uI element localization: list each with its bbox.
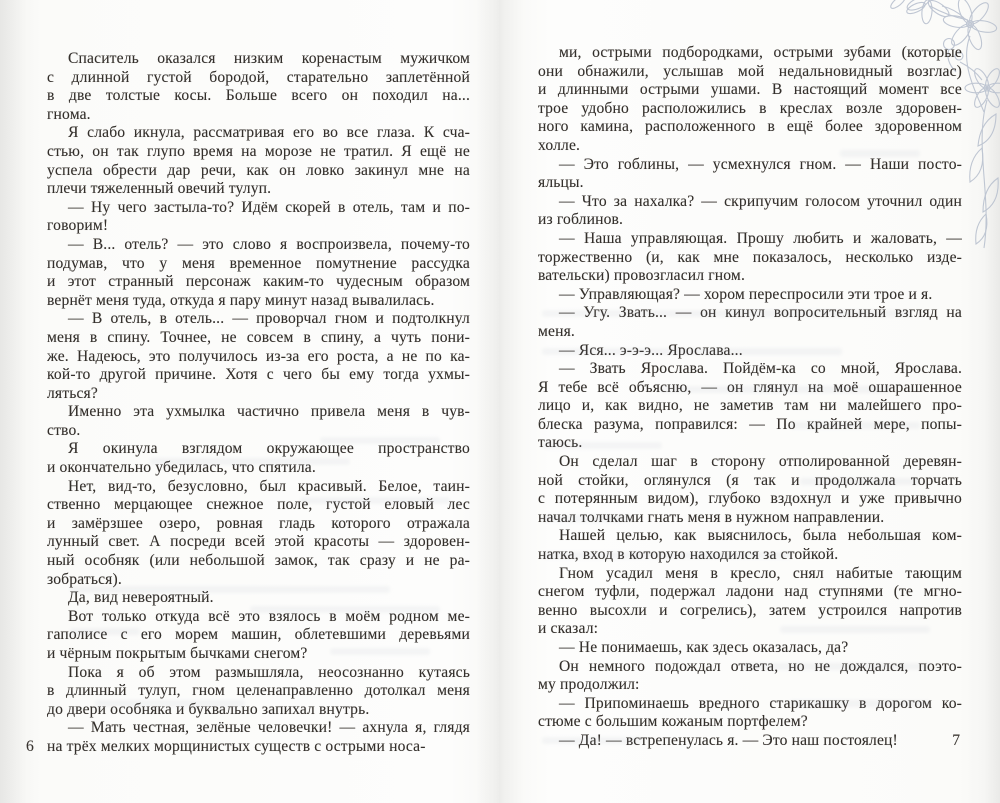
text-line: из гоблинов.: [538, 211, 962, 230]
text-line: — Звать Ярослава. Пойдём-ка со мной, Яро…: [538, 360, 962, 379]
paragraph: Я слабо икнула, рассматривая его во все …: [47, 124, 470, 198]
text-line: ного камина, расположенного в ещё более …: [538, 118, 962, 137]
paragraph: — Звать Ярослава. Пойдём-ка со мной, Яро…: [538, 360, 962, 453]
text-line: — Мать честная, зелёные человечки! — ахн…: [47, 719, 470, 738]
text-line: же. Надеюсь, это получилось из-за его ро…: [47, 348, 470, 367]
text-line: ляться?: [47, 385, 470, 404]
text-line: вательски) провозгласил гном.: [538, 267, 962, 286]
text-line: на трёх мелких морщинистых существ с ост…: [47, 738, 470, 757]
text-line: ственно мерцающее снежное поле, густой е…: [47, 496, 470, 515]
text-line: Да, вид невероятный.: [47, 589, 470, 608]
text-line: и этот странный персонаж каким-то чудесн…: [47, 273, 470, 292]
paragraph: — Это гоблины, — усмехнулся гном. — Наши…: [538, 156, 962, 193]
paragraph: Нет, вид-то, безусловно, был красивый. Б…: [47, 478, 470, 590]
paragraph: — Мать честная, зелёные человечки! — ахн…: [47, 719, 470, 756]
text-line: вернёт меня туда, откуда я пару минут на…: [47, 292, 470, 311]
text-line: Нет, вид-то, безусловно, был красивый. Б…: [47, 478, 470, 497]
text-line: гнома.: [47, 106, 470, 125]
text-line: таюсь.: [538, 434, 962, 453]
text-line: — Наша управляющая. Прошу любить и жалов…: [538, 230, 962, 249]
text-line: меня в спину. Точнее, не совсем в спину,…: [47, 329, 470, 348]
text-line: Я слабо икнула, рассматривая его во все …: [47, 124, 470, 143]
text-line: плечи тяжеленный овечий тулуп.: [47, 180, 470, 199]
text-line: трое удобно расположились в креслах возл…: [538, 100, 962, 119]
text-line: Нашей целью, как выяснилось, была неболь…: [538, 527, 962, 546]
text-line: — Это гоблины, — усмехнулся гном. — Наши…: [538, 156, 962, 175]
text-line: стью, он так глупо время на морозе не тр…: [47, 143, 470, 162]
text-line: — Да! — встрепенулась я. — Это наш посто…: [538, 732, 962, 751]
page-number-right: 7: [952, 732, 960, 751]
paragraph: Спаситель оказался низким коренастым муж…: [47, 50, 470, 124]
text-line: блеска разума, поправился: — По крайней …: [538, 416, 962, 435]
paragraph: Пока я об этом размышляла, неосознанно к…: [47, 664, 470, 720]
text-line: лунный свет. А посреди всей этой красоты…: [47, 533, 470, 552]
page-number-left: 6: [26, 738, 34, 757]
text-line: Он сделал шаг в сторону отполированной д…: [538, 453, 962, 472]
text-line: и чёрным покрытым бычками снегом?: [47, 645, 470, 664]
text-line: — Управляющая? — хором переспросили эти …: [538, 286, 962, 305]
text-line: — Угу. Звать... — он кинул вопросительны…: [538, 304, 962, 323]
text-line: яльцы.: [538, 174, 962, 193]
text-line: — Ну чего застыла-то? Идём скорей в отел…: [47, 199, 470, 218]
text-line: натка, вход в которую находился за стойк…: [538, 546, 962, 565]
text-line: Он немного подождал ответа, но не дождал…: [538, 658, 962, 677]
text-line: начал толчками гнать меня в нужном напра…: [538, 509, 962, 528]
text-line: торжественно (и, как мне показалось, нес…: [538, 249, 962, 268]
paragraph: Я окинула взглядом окружающее пространст…: [47, 440, 470, 477]
text-line: в две толстые косы. Больше всего он похо…: [47, 87, 470, 106]
text-line: Спаситель оказался низким коренастым муж…: [47, 50, 470, 69]
paragraph: — Угу. Звать... — он кинул вопросительны…: [538, 304, 962, 341]
paragraph: — Яся... э-э-э... Ярослава...: [538, 342, 962, 361]
text-line: они обнажили, услышав мой недальновидный…: [538, 63, 962, 82]
page-left-text: Спаситель оказался низким коренастым муж…: [47, 50, 470, 757]
text-line: — В отель, в отель... — проворчал гном и…: [47, 310, 470, 329]
text-line: зобраться).: [47, 571, 470, 590]
text-line: кой-то другой причине. Хотя с чего бы ем…: [47, 366, 470, 385]
text-line: Пока я об этом размышляла, неосознанно к…: [47, 664, 470, 683]
page-right: ми, острыми подбородками, острыми зубами…: [500, 0, 1000, 803]
text-line: венно высохли и согрелись), затем устрои…: [538, 602, 962, 621]
text-line: гаполисе с его морем машин, облетевшими …: [47, 626, 470, 645]
paragraph: — Да! — встрепенулась я. — Это наш посто…: [538, 732, 962, 751]
paragraph: ми, острыми подбородками, острыми зубами…: [538, 44, 962, 156]
text-line: Я тебе всё объясню, — он глянул на моё о…: [538, 379, 962, 398]
paragraph: Именно эта ухмылка частично привела меня…: [47, 403, 470, 440]
text-line: Именно эта ухмылка частично привела меня…: [47, 403, 470, 422]
text-line: и окончательно убедилась, что спятила.: [47, 459, 470, 478]
text-line: лицо и, как видно, не заметив там ни мал…: [538, 397, 962, 416]
text-line: — Яся... э-э-э... Ярослава...: [538, 342, 962, 361]
text-line: стюме с большим кожаным портфелем?: [538, 713, 962, 732]
paragraph: Гном усадил меня в кресло, снял набитые …: [538, 565, 962, 639]
paragraph: — Ну чего застыла-то? Идём скорей в отел…: [47, 199, 470, 236]
paragraph: — Управляющая? — хором переспросили эти …: [538, 286, 962, 305]
text-line: говорим!: [47, 217, 470, 236]
text-line: — Что за нахалка? — скрипучим голосом ут…: [538, 193, 962, 212]
text-line: и замёрзшее озеро, ровная гладь которого…: [47, 515, 470, 534]
text-line: ный особняк (или небольшой замок, так ср…: [47, 552, 470, 571]
paragraph: Он сделал шаг в сторону отполированной д…: [538, 453, 962, 527]
paragraph: — Что за нахалка? — скрипучим голосом ут…: [538, 193, 962, 230]
paragraph: Да, вид невероятный.: [47, 589, 470, 608]
text-line: до двери особняка и буквально запихал вн…: [47, 701, 470, 720]
book-spread: Спаситель оказался низким коренастым муж…: [0, 0, 1000, 803]
text-line: ми, острыми подбородками, острыми зубами…: [538, 44, 962, 63]
text-line: холле.: [538, 137, 962, 156]
text-line: подумав, что у меня временное помутнение…: [47, 255, 470, 274]
paragraph: Он немного подождал ответа, но не дождал…: [538, 658, 962, 695]
paragraph: — Наша управляющая. Прошу любить и жалов…: [538, 230, 962, 286]
paragraph: — В отель, в отель... — проворчал гном и…: [47, 310, 470, 403]
paragraph: — В... отель? — это слово я воспроизвела…: [47, 236, 470, 310]
text-line: — В... отель? — это слово я воспроизвела…: [47, 236, 470, 255]
paragraph: — Припоминаешь вредного старикашку в дор…: [538, 695, 962, 732]
paragraph: Нашей целью, как выяснилось, была неболь…: [538, 527, 962, 564]
paragraph: — Не понимаешь, как здесь оказалась, да?: [538, 639, 962, 658]
page-right-text: ми, острыми подбородками, острыми зубами…: [538, 44, 962, 751]
text-line: — Не понимаешь, как здесь оказалась, да?: [538, 639, 962, 658]
text-line: и сказал:: [538, 620, 962, 639]
text-line: с длинной густой бородой, старательно за…: [47, 69, 470, 88]
text-line: успела обрести дар речи, как он ловко за…: [47, 162, 470, 181]
text-line: меня.: [538, 323, 962, 342]
text-line: Вот только откуда всё это взялось в моём…: [47, 608, 470, 627]
text-line: снегом туфли, подержал ладони над ступня…: [538, 583, 962, 602]
text-line: ной стойки, оглянулся (я так и продолжал…: [538, 472, 962, 491]
page-left: Спаситель оказался низким коренастым муж…: [0, 0, 500, 803]
text-line: с потерянным видом), глубоко вздохнул и …: [538, 490, 962, 509]
text-line: Гном усадил меня в кресло, снял набитые …: [538, 565, 962, 584]
text-line: му продолжил:: [538, 676, 962, 695]
text-line: ство.: [47, 422, 470, 441]
text-line: в длинный тулуп, гном целенаправленно до…: [47, 682, 470, 701]
paragraph: Вот только откуда всё это взялось в моём…: [47, 608, 470, 664]
text-line: Я окинула взглядом окружающее пространст…: [47, 440, 470, 459]
text-line: и длинными острыми ушами. В настоящий мо…: [538, 81, 962, 100]
text-line: — Припоминаешь вредного старикашку в дор…: [538, 695, 962, 714]
